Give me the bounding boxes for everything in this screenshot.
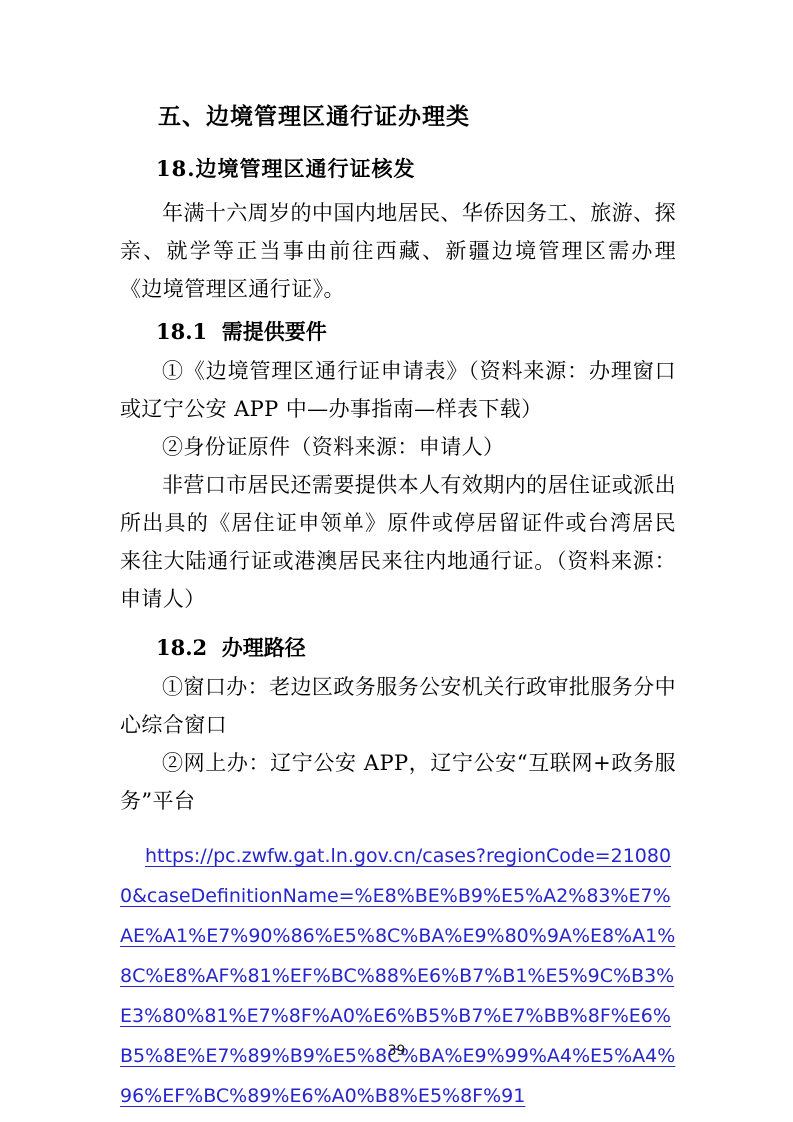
service-link-paragraph: https://pc.zwfw.gat.ln.gov.cn/cases?regi… xyxy=(120,836,676,1116)
intro-paragraph: 年满十六周岁的中国内地居民、华侨因务工、旅游、探亲、就学等正当事由前往西藏、新疆… xyxy=(120,194,676,308)
required-document-item-2: ②身份证原件（资料来源：申请人） xyxy=(120,428,676,466)
page-number: 39 xyxy=(0,1043,793,1059)
channel-window-item: ①窗口办：老边区政务服务公安机关行政审批服务分中心综合窗口 xyxy=(120,668,676,744)
required-document-item-1: ①《边境管理区通行证申请表》（资料来源：办理窗口或辽宁公安 APP 中—办事指南… xyxy=(120,352,676,428)
subsection-18-2-heading: 18.2 办理路径 xyxy=(120,628,676,668)
service-platform-link[interactable]: https://pc.zwfw.gat.ln.gov.cn/cases?regi… xyxy=(120,845,675,1107)
section-title: 五、边境管理区通行证办理类 xyxy=(120,103,676,131)
subsection-18-1-heading: 18.1 需提供要件 xyxy=(120,312,676,352)
item-title: 18.边境管理区通行证核发 xyxy=(120,156,676,182)
channel-online-item: ②网上办：辽宁公安 APP，辽宁公安“互联网+政务服务”平台 xyxy=(120,744,676,820)
non-resident-note-paragraph: 非营口市居民还需要提供本人有效期内的居住证或派出所出具的《居住证申领单》原件或停… xyxy=(120,466,676,618)
document-page: 五、边境管理区通行证办理类 18.边境管理区通行证核发 年满十六周岁的中国内地居… xyxy=(0,0,793,1122)
